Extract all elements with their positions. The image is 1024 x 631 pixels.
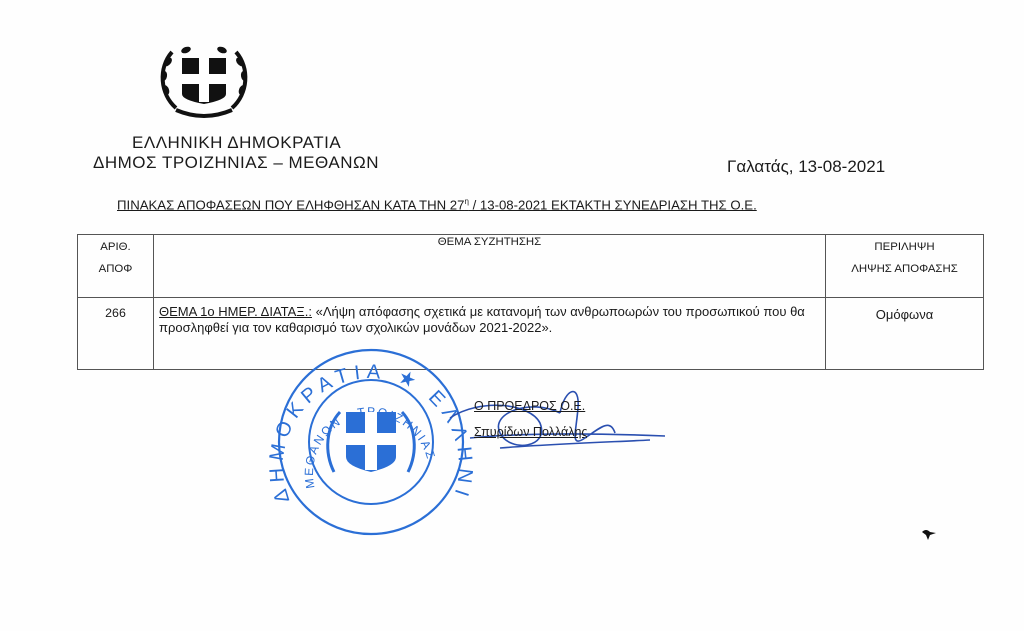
- country-heading: ΕΛΛΗΝΙΚΗ ΔΗΜΟΚΡΑΤΙΑ: [132, 133, 341, 153]
- table-header-row: ΑΡΙΘ.ΑΠΟΦ ΘΕΜΑ ΣΥΖΗΤΗΣΗΣ ΠΕΡΙΛΗΨΗΛΗΨΗΣ Α…: [78, 235, 984, 298]
- signature-block: Ο ΠΡΟΕΔΡΟΣ Ο.Ε. Σπυρίδων Πολλάλης: [474, 399, 587, 451]
- decisions-table: ΑΡΙΘ.ΑΠΟΦ ΘΕΜΑ ΣΥΖΗΤΗΣΗΣ ΠΕΡΙΛΗΨΗΛΗΨΗΣ Α…: [77, 234, 984, 370]
- table-title-prefix: ΠΙΝΑΚΑΣ ΑΠΟΦΑΣΕΩΝ ΠΟΥ ΕΛΗΦΘΗΣΑΝ ΚΑΤΑ ΤΗΝ…: [117, 197, 464, 212]
- greek-coat-of-arms-icon: [156, 38, 252, 122]
- column-header-outcome: ΠΕΡΙΛΗΨΗΛΗΨΗΣ ΑΠΟΦΑΣΗΣ: [826, 235, 984, 298]
- decision-outcome: Ομόφωνα: [826, 298, 984, 370]
- place-date: Γαλατάς, 13-08-2021: [727, 157, 885, 177]
- ink-mark-icon: [920, 527, 938, 541]
- decision-number: 266: [78, 298, 154, 370]
- column-header-outcome-line1: ΠΕΡΙΛΗΨΗ: [874, 241, 934, 253]
- table-title-suffix: / 13-08-2021 ΕΚΤΑΚΤΗ ΣΥΝΕΔΡΙΑΣΗ ΤΗΣ Ο.Ε.: [469, 197, 757, 212]
- subject-label: ΘΕΜΑ 1ο ΗΜΕΡ. ΔΙΑΤΑΞ.:: [159, 304, 312, 319]
- column-header-number: ΑΡΙΘ.ΑΠΟΦ: [78, 235, 154, 298]
- column-header-number-line2: ΑΠΟΦ: [99, 263, 133, 275]
- municipality-heading: ΔΗΜΟΣ ΤΡΟΙΖΗΝΙΑΣ – ΜΕΘΑΝΩΝ: [93, 153, 379, 173]
- signatory-title: Ο ΠΡΟΕΔΡΟΣ Ο.Ε.: [474, 399, 587, 413]
- column-header-outcome-line2: ΛΗΨΗΣ ΑΠΟΦΑΣΗΣ: [851, 263, 958, 275]
- signatory-name: Σπυρίδων Πολλάλης: [474, 425, 587, 439]
- column-header-number-line1: ΑΡΙΘ.: [100, 241, 130, 253]
- decision-subject: ΘΕΜΑ 1ο ΗΜΕΡ. ΔΙΑΤΑΞ.: «Λήψη απόφασης σχ…: [154, 298, 826, 370]
- table-row: 266 ΘΕΜΑ 1ο ΗΜΕΡ. ΔΙΑΤΑΞ.: «Λήψη απόφαση…: [78, 298, 984, 370]
- table-title: ΠΙΝΑΚΑΣ ΑΠΟΦΑΣΕΩΝ ΠΟΥ ΕΛΗΦΘΗΣΑΝ ΚΑΤΑ ΤΗΝ…: [117, 197, 757, 212]
- column-header-subject: ΘΕΜΑ ΣΥΖΗΤΗΣΗΣ: [154, 235, 826, 298]
